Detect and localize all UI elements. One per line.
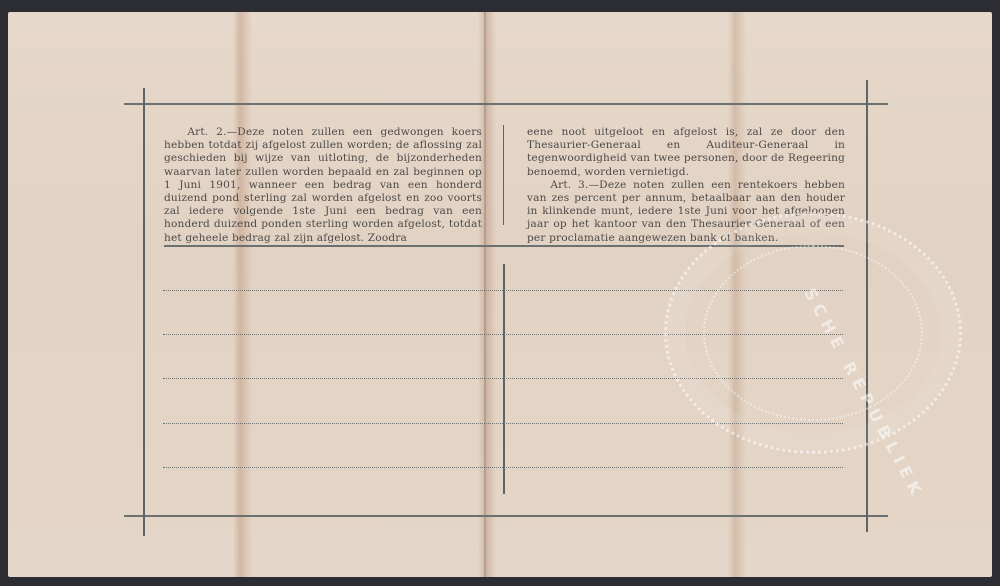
seal-inner-ring — [703, 245, 923, 421]
text-column-divider — [503, 125, 504, 225]
left-border-line — [143, 88, 145, 536]
bottom-border-line — [124, 515, 888, 517]
top-border-line — [124, 103, 888, 105]
center-fold — [484, 12, 486, 577]
embossed-seal: SCHE REPUBLIEK — [664, 212, 962, 454]
dotted-line-5 — [163, 467, 843, 468]
left-text-panel: Art. 2.—Deze noten zullen een gedwongen … — [164, 126, 482, 245]
article-2-text: Art. 2.—Deze noten zullen een gedwongen … — [164, 126, 482, 245]
lower-column-divider — [503, 264, 505, 494]
continuation-text: eene noot uitgeloot en afgelost is, zal … — [527, 126, 845, 179]
